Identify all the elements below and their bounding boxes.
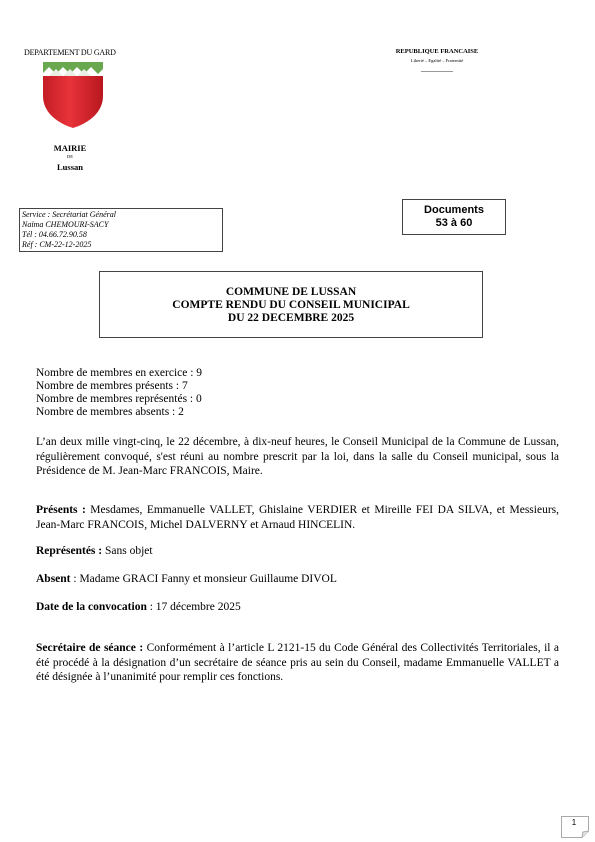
representes-label: Représentés : xyxy=(36,545,102,557)
representes-text: Sans objet xyxy=(102,545,152,557)
documents-range: 53 à 60 xyxy=(403,217,505,230)
service-box: Service : Secrétariat Général Naïma CHEM… xyxy=(19,208,223,252)
secretaire-paragraph: Secrétaire de séance : Conformément à l’… xyxy=(36,641,559,685)
contact-name: Naïma CHEMOURI-SACY xyxy=(22,220,220,230)
page-number: 1 xyxy=(561,818,587,827)
presents-text: Mesdames, Emmanuelle VALLET, Ghislaine V… xyxy=(36,504,559,531)
divider xyxy=(421,71,453,72)
members-summary: Nombre de membres en exercice : 9 Nombre… xyxy=(36,367,202,419)
absent-label: Absent xyxy=(36,573,71,585)
title-box: COMMUNE DE LUSSAN COMPTE RENDU DU CONSEI… xyxy=(99,271,483,338)
members-absents: Nombre de membres absents : 2 xyxy=(36,406,202,419)
reference: Réf : CM-22-12-2025 xyxy=(22,240,220,250)
title-line-3: DU 22 DECEMBRE 2025 xyxy=(100,312,482,325)
department-heading: DEPARTEMENT DU GARD xyxy=(24,48,116,57)
convocation-label: Date de la convocation xyxy=(36,601,147,613)
documents-box: Documents 53 à 60 xyxy=(402,199,506,235)
title-line-2: COMPTE RENDU DU CONSEIL MUNICIPAL xyxy=(100,299,482,312)
members-representes: Nombre de membres représentés : 0 xyxy=(36,393,202,406)
intro-paragraph: L’an deux mille vingt-cinq, le 22 décemb… xyxy=(36,435,559,479)
absent-paragraph: Absent : Madame GRACI Fanny et monsieur … xyxy=(36,572,559,587)
presents-paragraph: Présents : Mesdames, Emmanuelle VALLET, … xyxy=(36,503,559,532)
devise: Liberté – Egalité – Fraternité xyxy=(380,58,494,63)
members-exercice: Nombre de membres en exercice : 9 xyxy=(36,367,202,380)
de-label: DE xyxy=(30,154,110,159)
members-presents: Nombre de membres présents : 7 xyxy=(36,380,202,393)
commune-name: Lussan xyxy=(30,162,110,172)
republique-heading: REPUBLIQUE FRANCAISE xyxy=(380,48,494,55)
representes-paragraph: Représentés : Sans objet xyxy=(36,544,559,559)
absent-text: : Madame GRACI Fanny et monsieur Guillau… xyxy=(71,573,337,585)
service-line: Service : Secrétariat Général xyxy=(22,210,220,220)
title-line-1: COMMUNE DE LUSSAN xyxy=(100,286,482,299)
presents-label: Présents : xyxy=(36,504,86,516)
mairie-label: MAIRIE xyxy=(30,143,110,153)
documents-label: Documents xyxy=(403,204,505,217)
convocation-text: : 17 décembre 2025 xyxy=(147,601,241,613)
coat-of-arms-icon xyxy=(42,62,104,128)
secretaire-label: Secrétaire de séance : xyxy=(36,642,143,654)
phone: Tél : 04.66.72.90.58 xyxy=(22,230,220,240)
convocation-paragraph: Date de la convocation : 17 décembre 202… xyxy=(36,600,559,615)
